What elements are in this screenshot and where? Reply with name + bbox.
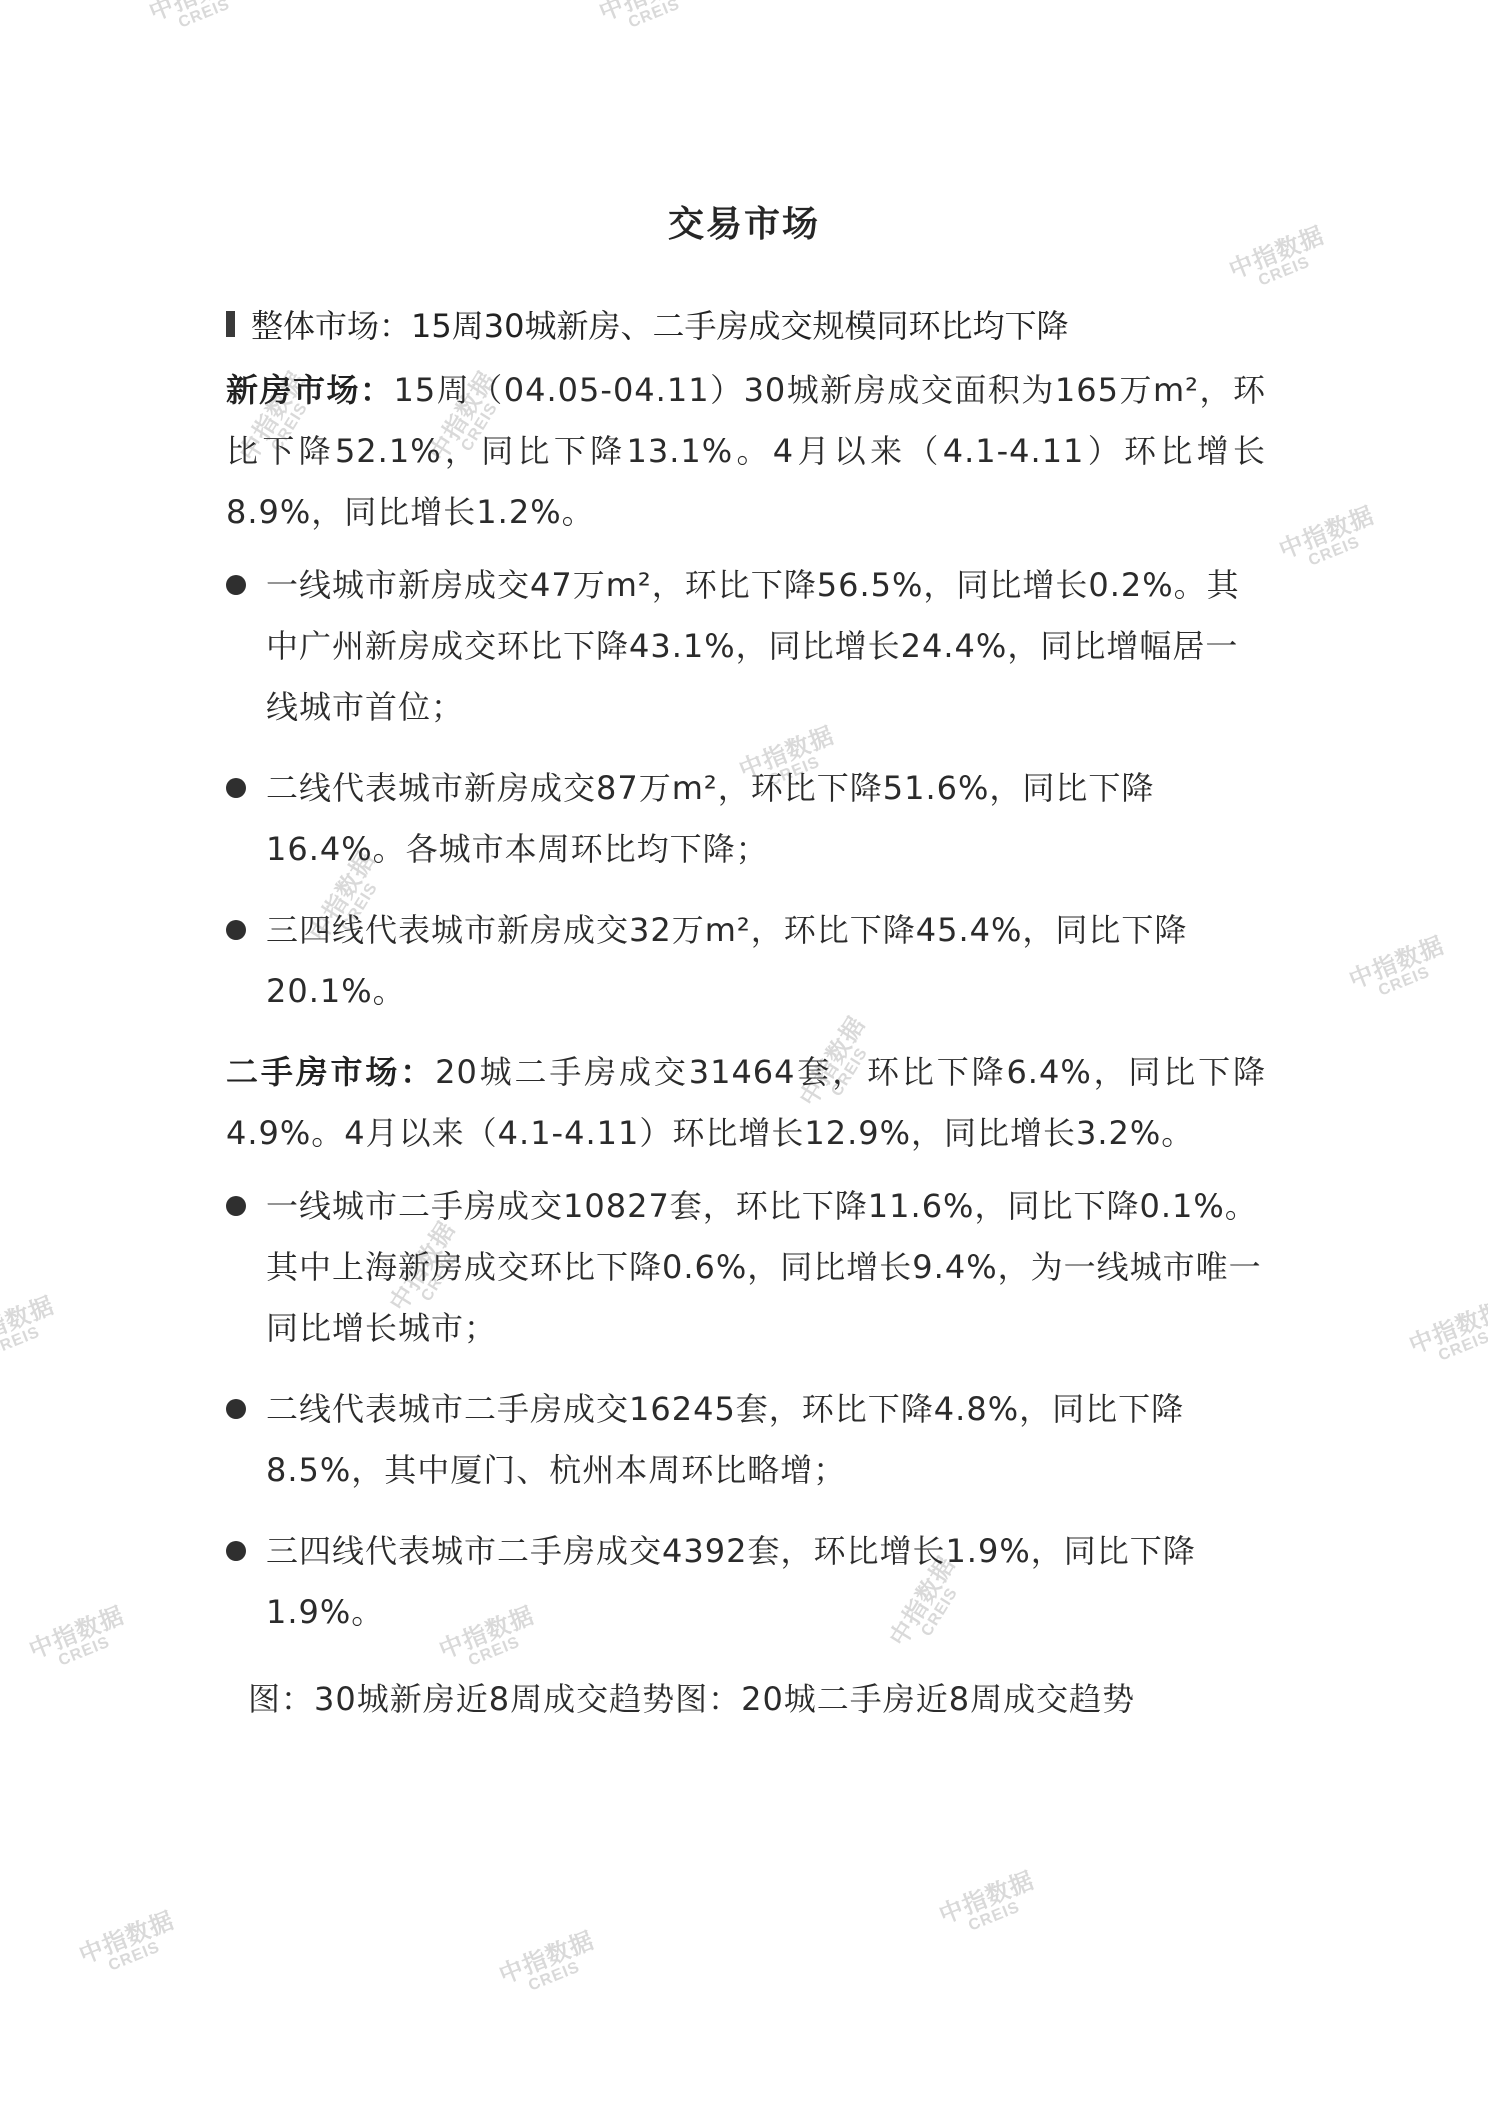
watermark: 中指数据 CREIS (596, 0, 704, 41)
new-house-label: 新房市场： (226, 371, 394, 409)
bullet-dot-icon (226, 778, 246, 798)
bullet-text: 三四线代表城市新房成交32万m²，环比下降45.4%，同比下降20.1%。 (266, 911, 1187, 1010)
second-hand-bullet-tier1: 一线城市二手房成交10827套，环比下降11.6%，同比下降0.1%。其中上海新… (226, 1176, 1266, 1359)
section-heading-text: 整体市场：15周30城新房、二手房成交规模同环比均下降 (251, 301, 1068, 347)
bullet-dot-icon (226, 920, 246, 940)
section-heading-overall: 整体市场：15周30城新房、二手房成交规模同环比均下降 (226, 296, 1266, 352)
bullet-dot-icon (226, 575, 246, 595)
heading-bar-icon (226, 311, 235, 337)
watermark-cn: 中指数据 (1276, 503, 1378, 564)
watermark-cn: 中指数据 (936, 1868, 1038, 1929)
watermark-cn: 中指数据 (146, 0, 248, 26)
document-body: 整体市场：15周30城新房、二手房成交规模同环比均下降 新房市场：15周（04.… (226, 296, 1266, 1730)
watermark-en: CREIS (605, 0, 704, 41)
bullet-text: 一线城市新房成交47万m²，环比下降56.5%，同比增长0.2%。其中广州新房成… (266, 566, 1240, 726)
watermark-cn: 中指数据 (0, 1293, 58, 1354)
watermark-cn: 中指数据 (496, 1928, 598, 1989)
watermark: 中指数据 CREIS (1346, 933, 1454, 1009)
new-house-bullet-tier1: 一线城市新房成交47万m²，环比下降56.5%，同比增长0.2%。其中广州新房成… (226, 555, 1266, 738)
bullet-text: 二线代表城市二手房成交16245套，环比下降4.8%，同比下降8.5%，其中厦门… (266, 1390, 1184, 1489)
watermark: 中指数据 CREIS (1406, 1298, 1488, 1374)
watermark: 中指数据 CREIS (1276, 503, 1384, 579)
watermark-cn: 中指数据 (1406, 1298, 1488, 1359)
watermark: 中指数据 CREIS (936, 1868, 1044, 1944)
watermark-en: CREIS (1235, 246, 1334, 299)
watermark: 中指数据 CREIS (496, 1928, 604, 2004)
watermark-en: CREIS (0, 1316, 64, 1369)
watermark-cn: 中指数据 (596, 0, 698, 26)
watermark-cn: 中指数据 (1346, 933, 1448, 994)
new-house-bullet-tier2: 二线代表城市新房成交87万m²，环比下降51.6%，同比下降16.4%。各城市本… (226, 758, 1266, 880)
bullet-text: 二线代表城市新房成交87万m²，环比下降51.6%，同比下降16.4%。各城市本… (266, 769, 1154, 868)
watermark-en: CREIS (155, 0, 254, 41)
second-hand-summary: 二手房市场：20城二手房成交31464套，环比下降6.4%，同比下降4.9%。4… (226, 1042, 1266, 1164)
page-title: 交易市场 (0, 196, 1488, 247)
watermark: 中指数据 CREIS (146, 0, 254, 41)
watermark: 中指数据 CREIS (0, 1293, 64, 1369)
second-hand-label: 二手房市场： (226, 1053, 435, 1091)
figure-caption: 图：30城新房近8周成交趋势图：20城二手房近8周成交趋势 (226, 1669, 1266, 1730)
watermark-en: CREIS (1355, 956, 1454, 1009)
bullet-dot-icon (226, 1399, 246, 1419)
watermark-en: CREIS (945, 1891, 1044, 1944)
bullet-dot-icon (226, 1541, 246, 1561)
watermark: 中指数据 CREIS (26, 1603, 134, 1679)
new-house-summary: 新房市场：15周（04.05-04.11）30城新房成交面积为165万m²，环比… (226, 360, 1266, 543)
watermark-en: CREIS (1285, 526, 1384, 579)
watermark-en: CREIS (1415, 1321, 1488, 1374)
bullet-dot-icon (226, 1196, 246, 1216)
watermark-cn: 中指数据 (76, 1908, 178, 1969)
watermark-cn: 中指数据 (26, 1603, 128, 1664)
bullet-text: 一线城市二手房成交10827套，环比下降11.6%，同比下降0.1%。其中上海新… (266, 1187, 1262, 1347)
watermark-en: CREIS (85, 1931, 184, 1984)
second-hand-bullet-tier2: 二线代表城市二手房成交16245套，环比下降4.8%，同比下降8.5%，其中厦门… (226, 1379, 1266, 1501)
watermark: 中指数据 CREIS (76, 1908, 184, 1984)
watermark-en: CREIS (505, 1951, 604, 2004)
second-hand-bullet-tier3-4: 三四线代表城市二手房成交4392套，环比增长1.9%，同比下降1.9%。 (226, 1521, 1266, 1643)
new-house-bullet-tier3-4: 三四线代表城市新房成交32万m²，环比下降45.4%，同比下降20.1%。 (226, 900, 1266, 1022)
bullet-text: 三四线代表城市二手房成交4392套，环比增长1.9%，同比下降1.9%。 (266, 1532, 1196, 1631)
watermark-en: CREIS (35, 1626, 134, 1679)
